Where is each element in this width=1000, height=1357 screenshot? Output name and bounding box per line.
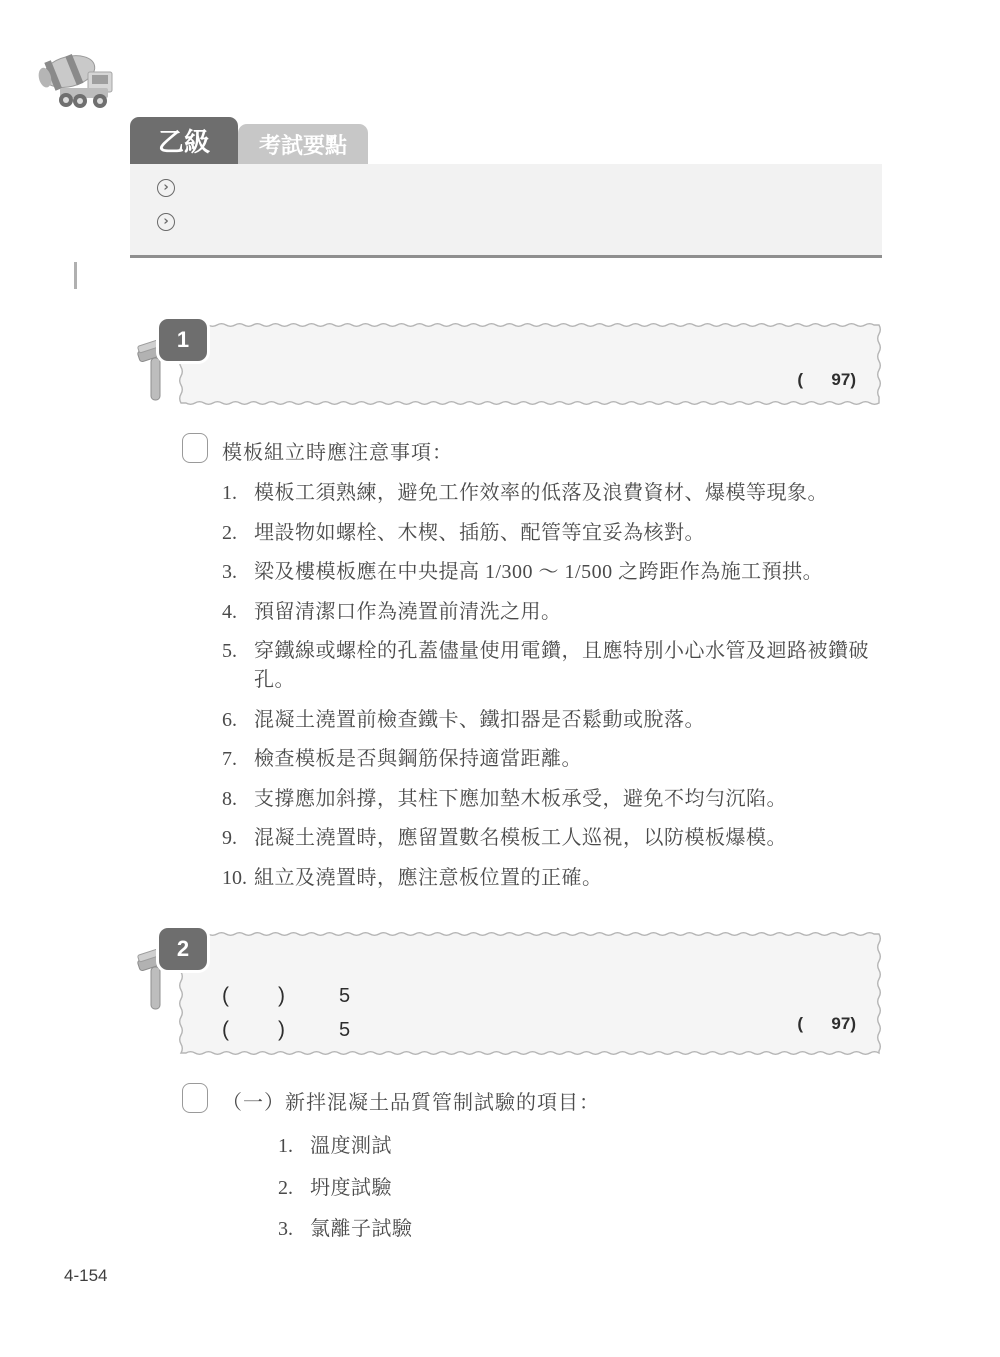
question-2-number: 2 [177, 936, 189, 962]
list-item: 2.坍度試驗 [278, 1174, 886, 1203]
item-text: 穿鐵線或螺栓的孔蓋儘量使用電鑽，且應特別小心水管及迴路被鑽破孔。 [254, 637, 886, 694]
answer-value: 5 [339, 985, 350, 1008]
answer-box-icon [182, 1083, 208, 1113]
list-item: 1.模板工須熟練，避免工作效率的低落及浪費資材、爆模等現象。 [222, 479, 886, 508]
item-text: 梁及樓模板應在中央提高 1/300 ～ 1/500 之跨距作為施工預拱。 [254, 558, 886, 587]
list-item: 3.氯離子試驗 [278, 1215, 886, 1244]
answer-blank: ( ) [222, 984, 287, 1008]
item-text: 埋設物如螺栓、木楔、插筋、配管等宜妥為核對。 [254, 519, 886, 548]
item-number: 1. [222, 479, 254, 508]
question-2-box: ( ) 5 ( ) 5 ( 97) [178, 931, 882, 1056]
item-number: 2. [278, 1174, 310, 1203]
circle-chevron-right-icon: › [157, 213, 175, 231]
item-number: 3. [222, 558, 254, 587]
item-number: 2. [222, 519, 254, 548]
answer-value: 5 [339, 1019, 350, 1042]
list-item: 6.混凝土澆置前檢查鐵卡、鐵扣器是否鬆動或脫落。 [222, 706, 886, 735]
answer-box-icon [182, 433, 208, 463]
tab-level: 乙級 [130, 117, 238, 164]
item-number: 1. [278, 1132, 310, 1161]
item-text: 氯離子試驗 [310, 1215, 886, 1244]
item-text: 坍度試驗 [310, 1174, 886, 1203]
item-number: 8. [222, 785, 254, 814]
page-number: 4-154 [64, 1266, 107, 1286]
tab-section-label: 考試要點 [259, 129, 347, 160]
mixer-truck-icon [36, 40, 124, 118]
list-item: 3.梁及樓模板應在中央提高 1/300 ～ 1/500 之跨距作為施工預拱。 [222, 558, 886, 587]
question-1-year-ref: ( 97) [797, 370, 856, 390]
answer-1: 模板組立時應注意事項： 1.模板工須熟練，避免工作效率的低落及浪費資材、爆模等現… [182, 432, 886, 904]
key-point-row: › [157, 178, 882, 198]
question-2-line: ( ) 5 [222, 979, 350, 1013]
question-2-line: ( ) 5 [222, 1013, 350, 1047]
answer-1-heading: 模板組立時應注意事項： [222, 432, 453, 465]
item-text: 模板工須熟練，避免工作效率的低落及浪費資材、爆模等現象。 [254, 479, 886, 508]
tab-level-label: 乙級 [158, 122, 210, 159]
item-number: 10. [222, 864, 254, 893]
circle-chevron-right-icon: › [157, 179, 175, 197]
tab-section: 考試要點 [238, 124, 368, 164]
answer-blank: ( ) [222, 1018, 287, 1042]
item-text: 預留清潔口作為澆置前清洗之用。 [254, 598, 886, 627]
list-item: 4.預留清潔口作為澆置前清洗之用。 [222, 598, 886, 627]
answer-1-list: 1.模板工須熟練，避免工作效率的低落及浪費資材、爆模等現象。 2.埋設物如螺栓、… [222, 479, 886, 893]
list-item: 1.溫度測試 [278, 1132, 886, 1161]
key-point-row: › [157, 212, 882, 232]
item-text: 混凝土澆置時，應留置數名模板工人巡視，以防模板爆模。 [254, 824, 886, 853]
question-2-year-ref: ( 97) [797, 1014, 856, 1034]
answer-2-list: 1.溫度測試 2.坍度試驗 3.氯離子試驗 [278, 1132, 886, 1244]
key-points-box: › › [130, 164, 882, 258]
item-number: 7. [222, 745, 254, 774]
question-2-badge: 2 [159, 928, 207, 970]
item-number: 4. [222, 598, 254, 627]
list-item: 2.埋設物如螺栓、木楔、插筋、配管等宜妥為核對。 [222, 519, 886, 548]
item-number: 6. [222, 706, 254, 735]
item-text: 組立及澆置時，應注意板位置的正確。 [254, 864, 886, 893]
list-item: 7.檢查模板是否與鋼筋保持適當距離。 [222, 745, 886, 774]
answer-2-heading: （一）新拌混凝土品質管制試驗的項目： [222, 1082, 600, 1115]
item-number: 9. [222, 824, 254, 853]
question-1-badge: 1 [159, 319, 207, 361]
margin-mark [74, 262, 77, 289]
book-page: 乙級 考試要點 › › 1 ( 97) 模板組立時應注意事項： [0, 0, 1000, 1357]
list-item: 10.組立及澆置時，應注意板位置的正確。 [222, 864, 886, 893]
question-1-number: 1 [177, 327, 189, 353]
question-1-box: ( 97) [178, 322, 882, 406]
item-number: 3. [278, 1215, 310, 1244]
item-number: 5. [222, 637, 254, 694]
list-item: 9.混凝土澆置時，應留置數名模板工人巡視，以防模板爆模。 [222, 824, 886, 853]
item-text: 溫度測試 [310, 1132, 886, 1161]
list-item: 5.穿鐵線或螺栓的孔蓋儘量使用電鑽，且應特別小心水管及迴路被鑽破孔。 [222, 637, 886, 694]
answer-2: （一）新拌混凝土品質管制試驗的項目： 1.溫度測試 2.坍度試驗 3.氯離子試驗 [182, 1082, 886, 1257]
question-2-lines: ( ) 5 ( ) 5 [222, 979, 350, 1047]
item-text: 檢查模板是否與鋼筋保持適當距離。 [254, 745, 886, 774]
item-text: 混凝土澆置前檢查鐵卡、鐵扣器是否鬆動或脫落。 [254, 706, 886, 735]
item-text: 支撐應加斜撐，其柱下應加墊木板承受，避免不均勻沉陷。 [254, 785, 886, 814]
list-item: 8.支撐應加斜撐，其柱下應加墊木板承受，避免不均勻沉陷。 [222, 785, 886, 814]
